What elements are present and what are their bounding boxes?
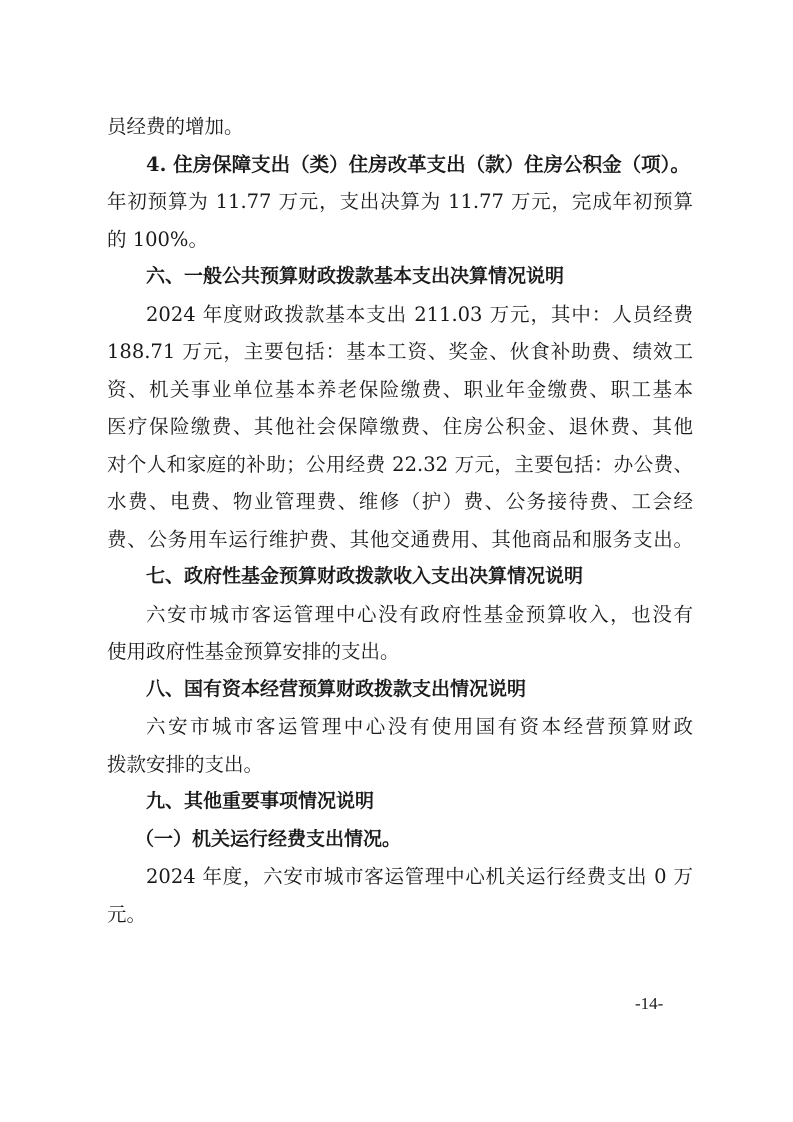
paragraph-line: 六安市城市客运管理中心没有使用国有资本经营预算财政 bbox=[107, 708, 693, 746]
item-heading-text: 4. 住房保障支出（类）住房改革支出（款）住房公积金（项）。 bbox=[146, 146, 693, 184]
body-text: 的 100%。 bbox=[107, 221, 693, 259]
body-text: 2024 年度，六安市城市客运管理中心机关运行经费支出 0 万 bbox=[146, 858, 693, 896]
body-text: 对个人和家庭的补助；公用经费 22.32 万元，主要包括：办公费、 bbox=[107, 446, 693, 484]
paragraph-line: 员经费的增加。 bbox=[107, 108, 693, 146]
paragraph-line: 费、公务用车运行维护费、其他交通费用、其他商品和服务支出。 bbox=[107, 521, 693, 559]
section-heading-7: 七、政府性基金预算财政拨款收入支出决算情况说明 bbox=[107, 558, 693, 596]
body-text: 六安市城市客运管理中心没有政府性基金预算收入，也没有 bbox=[146, 596, 693, 634]
paragraph-line: 元。 bbox=[107, 896, 693, 934]
section-heading-9: 九、其他重要事项情况说明 bbox=[107, 783, 693, 821]
paragraph-line: 年初预算为 11.77 万元，支出决算为 11.77 万元，完成年初预算 bbox=[107, 183, 693, 221]
body-text: 员经费的增加。 bbox=[107, 108, 693, 146]
body-text: 费、公务用车运行维护费、其他交通费用、其他商品和服务支出。 bbox=[107, 521, 693, 559]
section-heading-6: 六、一般公共预算财政拨款基本支出决算情况说明 bbox=[107, 258, 693, 296]
section-heading-text: 六、一般公共预算财政拨款基本支出决算情况说明 bbox=[146, 258, 693, 296]
paragraph-line: 六安市城市客运管理中心没有政府性基金预算收入，也没有 bbox=[107, 596, 693, 634]
body-text: 水费、电费、物业管理费、维修（护）费、公务接待费、工会经 bbox=[107, 483, 693, 521]
paragraph-line: 医疗保险缴费、其他社会保障缴费、住房公积金、退休费、其他 bbox=[107, 408, 693, 446]
page-number: -14- bbox=[635, 994, 663, 1014]
paragraph-line: 的 100%。 bbox=[107, 221, 693, 259]
section-heading-text: 七、政府性基金预算财政拨款收入支出决算情况说明 bbox=[146, 558, 693, 596]
section-heading-8: 八、国有资本经营预算财政拨款支出情况说明 bbox=[107, 671, 693, 709]
subsection-heading-1: （一）机关运行经费支出情况。 bbox=[107, 821, 693, 859]
paragraph-line: 2024 年度，六安市城市客运管理中心机关运行经费支出 0 万 bbox=[107, 858, 693, 896]
paragraph-line: 资、机关事业单位基本养老保险缴费、职业年金缴费、职工基本 bbox=[107, 371, 693, 409]
subsection-heading-text: （一）机关运行经费支出情况。 bbox=[135, 821, 693, 859]
body-text: 拨款安排的支出。 bbox=[107, 746, 693, 784]
document-page: 员经费的增加。 4. 住房保障支出（类）住房改革支出（款）住房公积金（项）。 年… bbox=[107, 108, 693, 933]
paragraph-line: 2024 年度财政拨款基本支出 211.03 万元，其中：人员经费 bbox=[107, 296, 693, 334]
body-text: 六安市城市客运管理中心没有使用国有资本经营预算财政 bbox=[146, 708, 693, 746]
item-heading-housing-fund: 4. 住房保障支出（类）住房改革支出（款）住房公积金（项）。 bbox=[107, 146, 693, 184]
section-heading-text: 九、其他重要事项情况说明 bbox=[146, 783, 693, 821]
paragraph-line: 拨款安排的支出。 bbox=[107, 746, 693, 784]
body-text: 元。 bbox=[107, 896, 693, 934]
body-text: 使用政府性基金预算安排的支出。 bbox=[107, 633, 693, 671]
section-heading-text: 八、国有资本经营预算财政拨款支出情况说明 bbox=[146, 671, 693, 709]
body-text: 医疗保险缴费、其他社会保障缴费、住房公积金、退休费、其他 bbox=[107, 408, 693, 446]
paragraph-line: 水费、电费、物业管理费、维修（护）费、公务接待费、工会经 bbox=[107, 483, 693, 521]
body-text: 2024 年度财政拨款基本支出 211.03 万元，其中：人员经费 bbox=[146, 296, 693, 334]
body-text: 188.71 万元，主要包括：基本工资、奖金、伙食补助费、绩效工 bbox=[107, 333, 693, 371]
body-text: 年初预算为 11.77 万元，支出决算为 11.77 万元，完成年初预算 bbox=[107, 183, 693, 221]
paragraph-line: 188.71 万元，主要包括：基本工资、奖金、伙食补助费、绩效工 bbox=[107, 333, 693, 371]
paragraph-line: 对个人和家庭的补助；公用经费 22.32 万元，主要包括：办公费、 bbox=[107, 446, 693, 484]
body-text: 资、机关事业单位基本养老保险缴费、职业年金缴费、职工基本 bbox=[107, 371, 693, 409]
paragraph-line: 使用政府性基金预算安排的支出。 bbox=[107, 633, 693, 671]
